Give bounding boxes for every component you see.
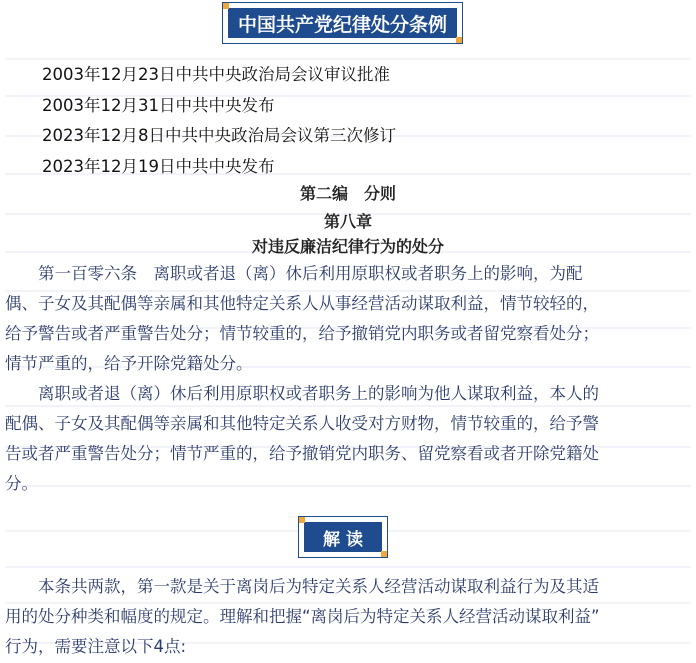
text-line: 分。	[5, 469, 691, 499]
interpretation-paragraph: 本条共两款，第一款是关于离岗后为特定关系人经营活动谋取利益行为及其适 用的处分种…	[5, 572, 691, 662]
corner-accent	[223, 3, 229, 9]
interpretation-label: 解读	[304, 522, 382, 552]
article-paragraph-1: 第一百零六条 离职或者退（离）休后利用原职权或者职务上的影响，为配 偶、子女及其…	[5, 259, 691, 379]
document-title: 中国共产党纪律处分条例	[228, 8, 457, 38]
date-line: 2023年12月19日中共中央发布	[42, 156, 274, 178]
document-title-box: 中国共产党纪律处分条例	[222, 2, 463, 44]
separator	[5, 566, 691, 568]
corner-accent	[299, 517, 305, 523]
separator	[5, 58, 691, 60]
date-line: 2003年12月23日中共中央政治局会议审议批准	[42, 64, 390, 86]
text-line: 本条共两款，第一款是关于离岗后为特定关系人经营活动谋取利益行为及其适	[5, 572, 691, 602]
text-line: 行为，需要注意以下4点:	[5, 632, 691, 662]
section-heading: 对违反廉洁纪律行为的处分	[0, 236, 696, 258]
part-heading: 第二编 分则	[0, 183, 696, 205]
article-paragraph-2: 离职或者退（离）休后利用原职权或者职务上的影响为他人谋取利益，本人的 配偶、子女…	[5, 379, 691, 499]
text-line: 告或者严重警告处分；情节严重的，给予撤销党内职务、留党察看或者开除党籍处	[5, 439, 691, 469]
text-line: 偶、子女及其配偶等亲属和其他特定关系人从事经营活动谋取利益，情节较轻的，	[5, 289, 691, 319]
text-line: 给予警告或者严重警告处分；情节较重的，给予撤销党内职务或者留党察看处分；	[5, 319, 691, 349]
corner-accent	[456, 37, 462, 43]
corner-accent	[381, 551, 387, 557]
text-line: 情节严重的，给予开除党籍处分。	[5, 349, 691, 379]
text-line: 离职或者退（离）休后利用原职权或者职务上的影响为他人谋取利益，本人的	[5, 379, 691, 409]
date-line: 2023年12月8日中共中央政治局会议第三次修订	[42, 125, 396, 147]
text-line: 配偶、子女及其配偶等亲属和其他特定关系人收受对方财物，情节较重的，给予警	[5, 409, 691, 439]
text-line: 第一百零六条 离职或者退（离）休后利用原职权或者职务上的影响，为配	[5, 259, 691, 289]
date-line: 2003年12月31日中共中央发布	[42, 95, 274, 117]
interpretation-label-box: 解读	[298, 516, 388, 558]
text-line: 用的处分种类和幅度的规定。理解和把握“离岗后为特定关系人经营活动谋取利益”	[5, 602, 691, 632]
chapter-heading: 第八章	[0, 211, 696, 233]
